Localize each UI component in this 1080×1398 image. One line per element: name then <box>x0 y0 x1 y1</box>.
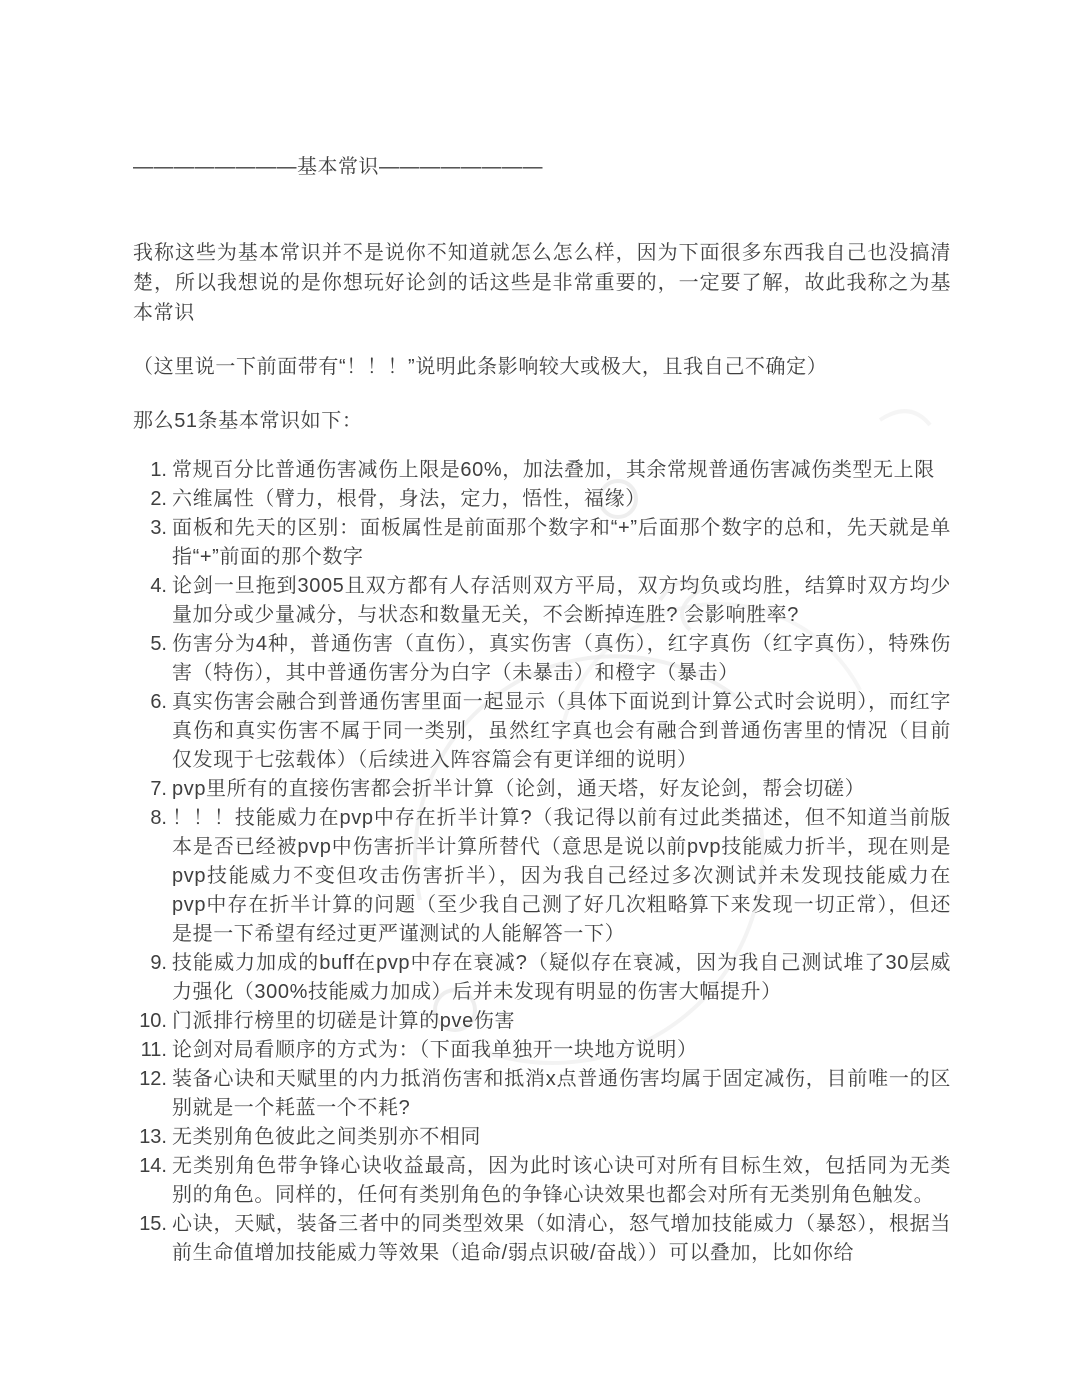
list-item-number: 7. <box>133 775 167 804</box>
document-page: ————————基本常识———————— 我称这些为基本常识并不是说你不知道就怎… <box>133 152 951 1268</box>
list-item-number: 2. <box>133 485 167 514</box>
list-item-number: 6. <box>133 688 167 775</box>
list-item: 7.pvp里所有的直接伤害都会折半计算（论剑，通天塔，好友论剑，帮会切磋） <box>133 775 951 804</box>
list-item-number: 12. <box>133 1065 167 1123</box>
list-item-text: 装备心诀和天赋里的内力抵消伤害和抵消x点普通伤害均属于固定减伤，目前唯一的区别就… <box>172 1065 951 1123</box>
knowledge-list: 1.常规百分比普通伤害减伤上限是60%，加法叠加，其余常规普通伤害减伤类型无上限… <box>133 456 951 1268</box>
list-item: 13.无类别角色彼此之间类别亦不相同 <box>133 1123 951 1152</box>
list-item-text: 面板和先天的区别：面板属性是前面那个数字和“+”后面那个数字的总和，先天就是单指… <box>172 514 951 572</box>
list-item-text: 论剑一旦拖到3005且双方都有人存活则双方平局，双方均负或均胜，结算时双方均少量… <box>172 572 951 630</box>
list-item-text: pvp里所有的直接伤害都会折半计算（论剑，通天塔，好友论剑，帮会切磋） <box>172 775 951 804</box>
list-item-text: 真实伤害会融合到普通伤害里面一起显示（具体下面说到计算公式时会说明），而红字真伤… <box>172 688 951 775</box>
list-item-text: 无类别角色彼此之间类别亦不相同 <box>172 1123 951 1152</box>
list-item: 2.六维属性（臂力，根骨，身法，定力，悟性，福缘） <box>133 485 951 514</box>
list-item-text: 论剑对局看顺序的方式为：（下面我单独开一块地方说明） <box>172 1036 951 1065</box>
list-item-number: 3. <box>133 514 167 572</box>
list-item-number: 15. <box>133 1210 167 1268</box>
list-item-number: 13. <box>133 1123 167 1152</box>
list-item-number: 8. <box>133 804 167 949</box>
list-item-number: 9. <box>133 949 167 1007</box>
list-item: 14.无类别角色带争锋心诀收益最高，因为此时该心诀可对所有目标生效，包括同为无类… <box>133 1152 951 1210</box>
list-item: 5.伤害分为4种，普通伤害（直伤），真实伤害（真伤），红字真伤（红字真伤），特殊… <box>133 630 951 688</box>
list-item: 15.心诀，天赋，装备三者中的同类型效果（如清心，怒气增加技能威力（暴怒），根据… <box>133 1210 951 1268</box>
list-item-number: 1. <box>133 456 167 485</box>
list-item: 1.常规百分比普通伤害减伤上限是60%，加法叠加，其余常规普通伤害减伤类型无上限 <box>133 456 951 485</box>
list-item-text: 心诀，天赋，装备三者中的同类型效果（如清心，怒气增加技能威力（暴怒），根据当前生… <box>172 1210 951 1268</box>
list-item: 4.论剑一旦拖到3005且双方都有人存活则双方平局，双方均负或均胜，结算时双方均… <box>133 572 951 630</box>
list-item-text: 六维属性（臂力，根骨，身法，定力，悟性，福缘） <box>172 485 951 514</box>
list-item: 8.！！！技能威力在pvp中存在折半计算?（我记得以前有过此类描述，但不知道当前… <box>133 804 951 949</box>
list-item-number: 14. <box>133 1152 167 1210</box>
intro-paragraph: 我称这些为基本常识并不是说你不知道就怎么怎么样，因为下面很多东西我自己也没搞清楚… <box>133 238 951 328</box>
list-item-text: 常规百分比普通伤害减伤上限是60%，加法叠加，其余常规普通伤害减伤类型无上限 <box>172 456 951 485</box>
page-title: ————————基本常识———————— <box>133 152 951 182</box>
note-paragraph: （这里说一下前面带有“！！！”说明此条影响较大或极大，且我自己不确定） <box>133 352 951 382</box>
list-item-number: 10. <box>133 1007 167 1036</box>
list-item: 11.论剑对局看顺序的方式为：（下面我单独开一块地方说明） <box>133 1036 951 1065</box>
list-item: 6.真实伤害会融合到普通伤害里面一起显示（具体下面说到计算公式时会说明），而红字… <box>133 688 951 775</box>
list-item-text: ！！！技能威力在pvp中存在折半计算?（我记得以前有过此类描述，但不知道当前版本… <box>172 804 951 949</box>
list-item: 9.技能威力加成的buff在pvp中存在衰减?（疑似存在衰减，因为我自己测试堆了… <box>133 949 951 1007</box>
list-item: 10.门派排行榜里的切磋是计算的pve伤害 <box>133 1007 951 1036</box>
list-item-text: 无类别角色带争锋心诀收益最高，因为此时该心诀可对所有目标生效，包括同为无类别的角… <box>172 1152 951 1210</box>
list-item-number: 11. <box>133 1036 167 1065</box>
list-item: 12.装备心诀和天赋里的内力抵消伤害和抵消x点普通伤害均属于固定减伤，目前唯一的… <box>133 1065 951 1123</box>
list-item: 3.面板和先天的区别：面板属性是前面那个数字和“+”后面那个数字的总和，先天就是… <box>133 514 951 572</box>
list-item-number: 5. <box>133 630 167 688</box>
list-item-text: 门派排行榜里的切磋是计算的pve伤害 <box>172 1007 951 1036</box>
list-item-text: 技能威力加成的buff在pvp中存在衰减?（疑似存在衰减，因为我自己测试堆了30… <box>172 949 951 1007</box>
list-lead-paragraph: 那么51条基本常识如下： <box>133 406 951 436</box>
list-item-number: 4. <box>133 572 167 630</box>
list-item-text: 伤害分为4种，普通伤害（直伤），真实伤害（真伤），红字真伤（红字真伤），特殊伤害… <box>172 630 951 688</box>
